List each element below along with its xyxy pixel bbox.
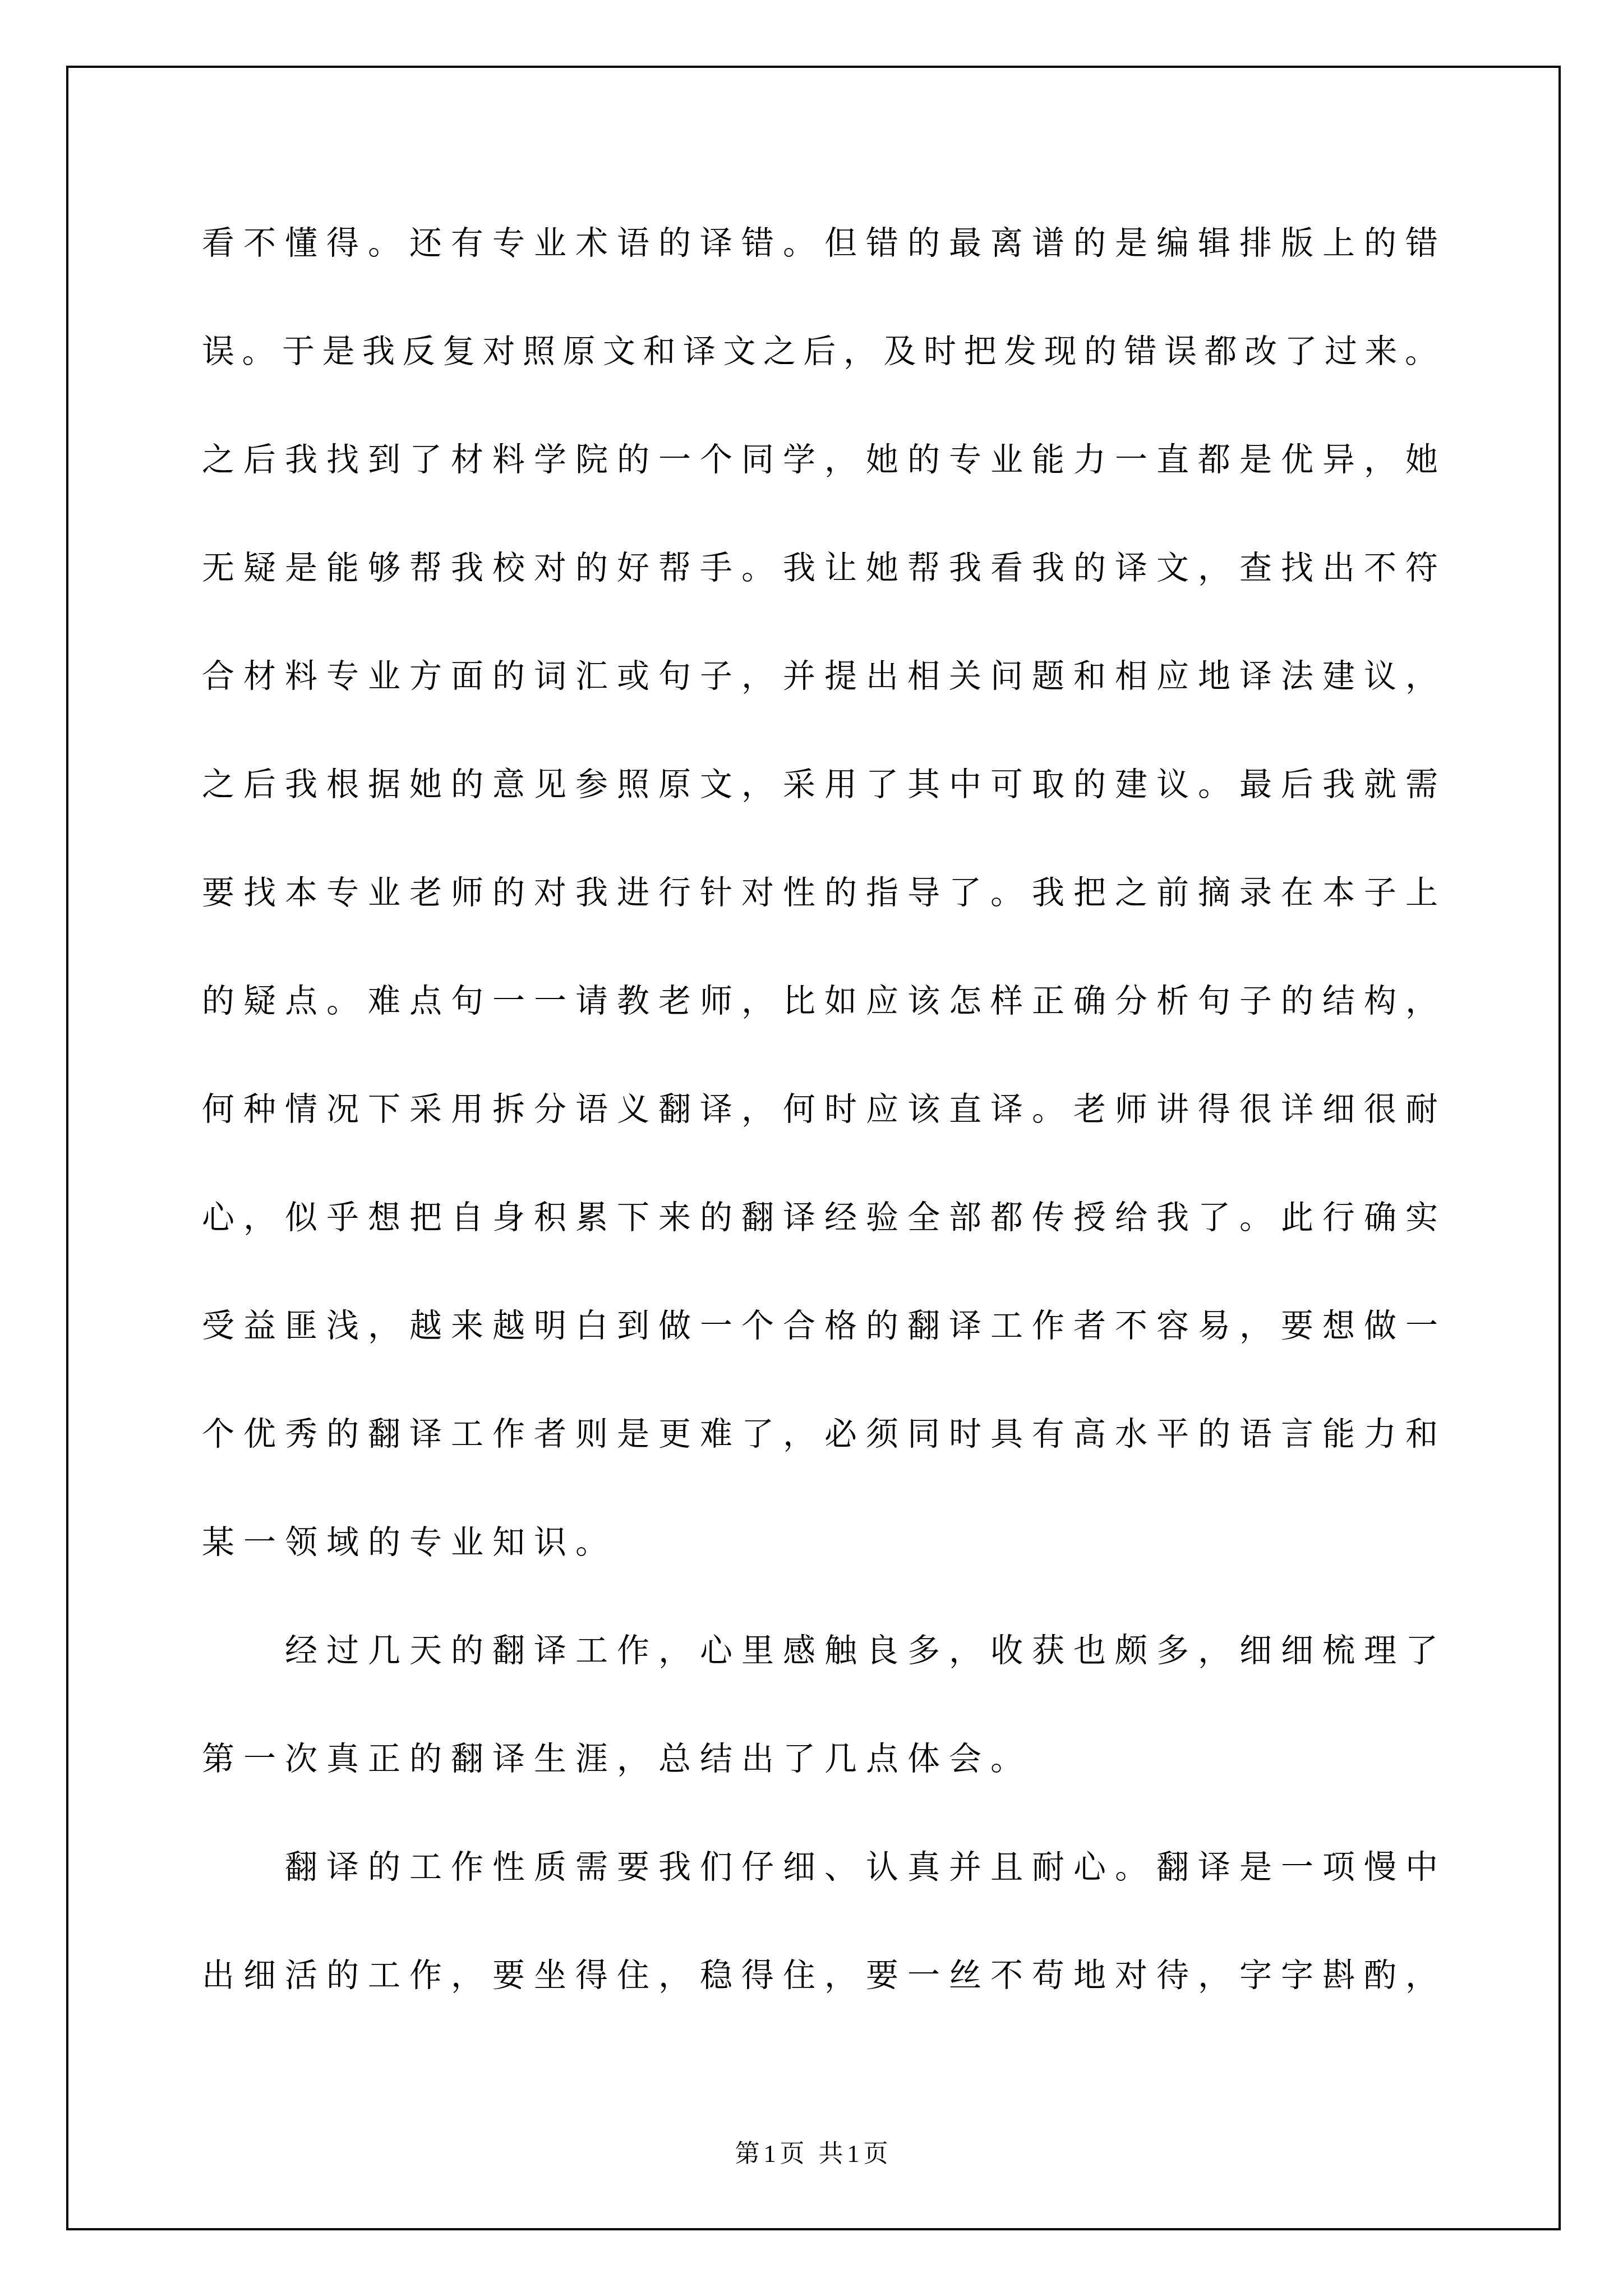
text-line: 心，似乎想把自身积累下来的翻译经验全部都传授给我了。此行确实 [202, 1163, 1453, 1272]
text-line: 要找本专业老师的对我进行针对性的指导了。我把之前摘录在本子上 [202, 839, 1453, 947]
text-line: 某一领域的专业知识。 [202, 1488, 1453, 1596]
text-line: 合材料专业方面的词汇或句子，并提出相关问题和相应地译法建议， [202, 622, 1453, 730]
text-line: 翻译的工作性质需要我们仔细、认真并且耐心。翻译是一项慢中 [202, 1813, 1453, 1921]
text-line: 出细活的工作，要坐得住，稳得住，要一丝不苟地对待，字字斟酌， [202, 1921, 1453, 2030]
text-line: 之后我根据她的意见参照原文，采用了其中可取的建议。最后我就需 [202, 730, 1453, 839]
document-page: 看不懂得。还有专业术语的译错。但错的最离谱的是编辑排版上的错 误。于是我反复对照… [0, 0, 1623, 2296]
text-line: 受益匪浅，越来越明白到做一个合格的翻译工作者不容易，要想做一 [202, 1272, 1453, 1380]
text-line: 无疑是能够帮我校对的好帮手。我让她帮我看我的译文，查找出不符 [202, 514, 1453, 622]
text-line: 看不懂得。还有专业术语的译错。但错的最离谱的是编辑排版上的错 [202, 189, 1453, 297]
document-body: 看不懂得。还有专业术语的译错。但错的最离谱的是编辑排版上的错 误。于是我反复对照… [202, 189, 1453, 2030]
text-line: 经过几天的翻译工作，心里感触良多，收获也颇多，细细梳理了 [202, 1596, 1453, 1705]
text-line: 之后我找到了材料学院的一个同学，她的专业能力一直都是优异，她 [202, 406, 1453, 514]
text-line: 何种情况下采用拆分语义翻译，何时应该直译。老师讲得很详细很耐 [202, 1055, 1453, 1163]
text-line: 误。于是我反复对照原文和译文之后，及时把发现的错误都改了过来。 [202, 297, 1453, 406]
text-line: 个优秀的翻译工作者则是更难了，必须同时具有高水平的语言能力和 [202, 1380, 1453, 1488]
text-line: 第一次真正的翻译生涯，总结出了几点体会。 [202, 1705, 1453, 1813]
text-line: 的疑点。难点句一一请教老师，比如应该怎样正确分析句子的结构， [202, 947, 1453, 1055]
page-footer: 第1页 共1页 [66, 2129, 1561, 2179]
